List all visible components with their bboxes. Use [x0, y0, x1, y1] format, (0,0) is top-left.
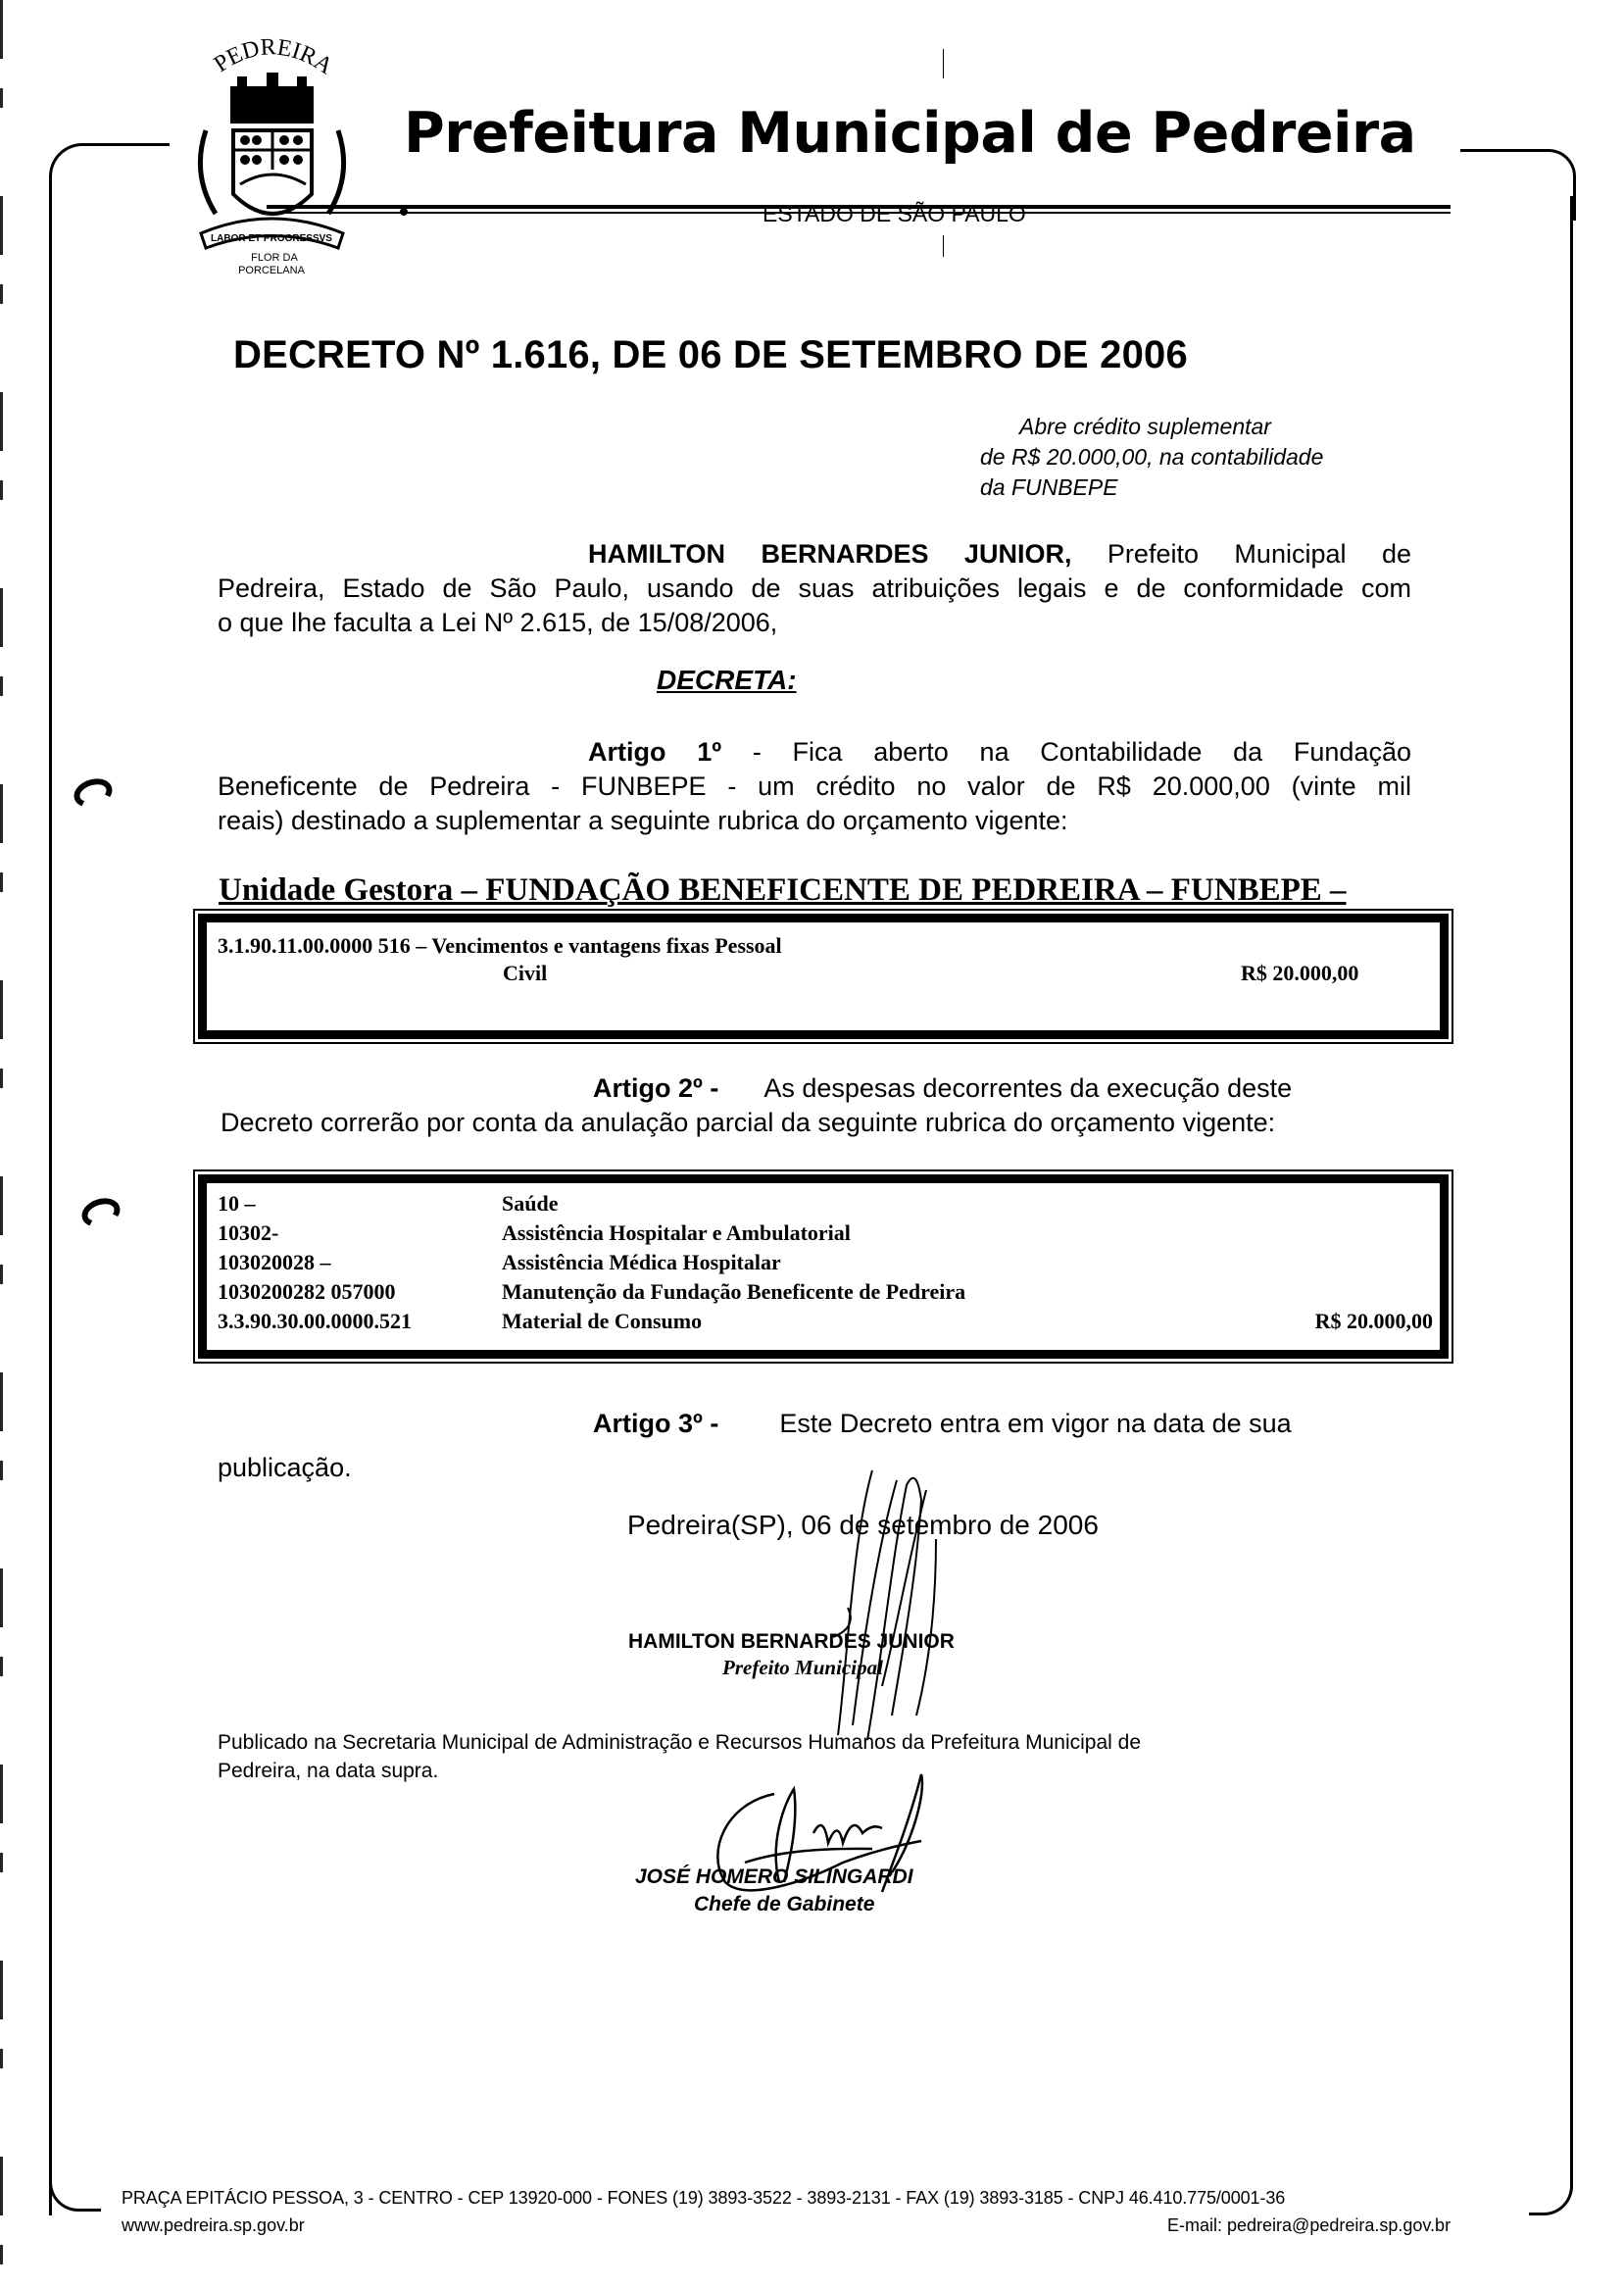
article-1-label: Artigo 1º	[588, 737, 721, 767]
punch-hole-mark-icon	[71, 774, 117, 813]
annulment-description: Assistência Hospitalar e Ambulatorial	[502, 1219, 1433, 1248]
article-3-label: Artigo 3º -	[593, 1409, 718, 1438]
preamble-paragraph: HAMILTON BERNARDES JUNIOR, Prefeito Muni…	[218, 537, 1411, 640]
decreta-heading: DECRETA:	[657, 665, 797, 696]
footer-email-link[interactable]: E-mail: pedreira@pedreira.sp.gov.br	[1167, 2215, 1451, 2236]
annulment-row: 10302-Assistência Hospitalar e Ambulator…	[218, 1219, 1433, 1248]
annulment-description: Saúde	[502, 1189, 1433, 1219]
annulment-row: 3.3.90.30.00.0000.521Material de Consumo…	[218, 1307, 1433, 1336]
article-text: Este Decreto entra em vigor na data de s…	[779, 1409, 1291, 1438]
publication-note-line: Publicado na Secretaria Municipal de Adm…	[218, 1728, 1141, 1757]
footer-website-link[interactable]: www.pedreira.sp.gov.br	[122, 2215, 305, 2236]
annulment-description: Manutenção da Fundação Beneficente de Pe…	[502, 1277, 1433, 1307]
city-crest-icon: PEDREIRA LABOR ET PROGRESSVS FLOR DA POR…	[186, 37, 358, 277]
annulment-amount: R$ 20.000,00	[1315, 1307, 1433, 1336]
preamble-text: o que lhe faculta a Lei Nº 2.615, de 15/…	[218, 606, 1411, 640]
summary-line: de R$ 20.000,00, na contabilidade	[980, 442, 1402, 473]
annulment-row: 10 –Saúde	[218, 1189, 1433, 1219]
annulment-row: 1030200282 057000Manutenção da Fundação …	[218, 1277, 1433, 1307]
article-text: reais) destinado a suplementar a seguint…	[218, 804, 1411, 838]
fold-mark	[943, 235, 944, 257]
page-frame-left	[49, 196, 52, 2215]
annulment-code: 10302-	[218, 1219, 502, 1248]
punch-hole-mark-icon	[78, 1194, 124, 1232]
annulment-description: Assistência Médica Hospitalar	[502, 1248, 1433, 1277]
summary-line: da FUNBEPE	[980, 473, 1402, 503]
chief-role: Chefe de Gabinete	[694, 1893, 874, 1916]
preamble-text: Pedreira, Estado de São Paulo, usando de…	[218, 572, 1411, 606]
page-frame-bottom-right-corner	[1529, 2137, 1573, 2215]
crest-motto: LABOR ET PROGRESSVS	[211, 233, 332, 244]
credit-account-line: Civil	[503, 959, 547, 988]
footer-address: PRAÇA EPITÁCIO PESSOA, 3 - CENTRO - CEP …	[122, 2188, 1285, 2209]
annulment-row: 103020028 –Assistência Médica Hospitalar	[218, 1248, 1433, 1277]
article-2: Artigo 2º -As despesas decorrentes da ex…	[218, 1071, 1411, 1140]
article-1: Artigo 1º - Fica aberto na Contabilidade…	[218, 735, 1411, 838]
scan-edge-artifact	[0, 0, 3, 2288]
article-text: As despesas decorrentes da execução dest…	[763, 1073, 1292, 1103]
annulment-description: Material de Consumo	[502, 1307, 1315, 1336]
annulment-code: 1030200282 057000	[218, 1277, 502, 1307]
summary-line: Abre crédito suplementar	[980, 412, 1402, 442]
unidade-gestora-heading: Unidade Gestora – FUNDAÇÃO BENEFICENTE D…	[219, 872, 1347, 909]
article-2-label: Artigo 2º -	[593, 1073, 718, 1103]
page-frame-right	[1570, 196, 1573, 2147]
header-rule-ornament	[400, 208, 408, 216]
article-text: - Fica aberto na Contabilidade da Fundaç…	[753, 737, 1411, 767]
credit-account-line: 3.1.90.11.00.0000 516 – Vencimentos e va…	[218, 931, 782, 961]
annulment-code: 10 –	[218, 1189, 502, 1219]
mayor-role: Prefeito Municipal	[722, 1656, 883, 1680]
page-frame-top-left-corner	[49, 143, 170, 224]
article-text: Beneficente de Pedreira - FUNBEPE - um c…	[218, 770, 1411, 804]
crest-caption-1: FLOR DA	[251, 252, 298, 264]
mayor-signature-icon	[809, 1461, 975, 1745]
annulment-code: 103020028 –	[218, 1248, 502, 1277]
fold-mark	[943, 49, 944, 78]
annulment-code: 3.3.90.30.00.0000.521	[218, 1307, 502, 1336]
preamble-text: Prefeito Municipal de	[1107, 539, 1411, 569]
decree-title: DECRETO Nº 1.616, DE 06 DE SETEMBRO DE 2…	[233, 333, 1188, 377]
article-text: Decreto correrão por conta da anulação p…	[221, 1106, 1411, 1140]
decree-summary: Abre crédito suplementar de R$ 20.000,00…	[980, 412, 1402, 503]
page-frame-bottom-left-corner	[49, 2157, 101, 2212]
credit-amount: R$ 20.000,00	[1241, 959, 1358, 988]
page-frame-top-right-corner	[1460, 149, 1576, 221]
state-subtitle: ESTADO DE SÃO PAULO	[763, 203, 1026, 225]
chief-name: JOSÉ HOMERO SILINGARDI	[635, 1865, 913, 1889]
crest-caption-2: PORCELANA	[238, 265, 306, 276]
organization-title: Prefeitura Municipal de Pedreira	[404, 106, 1416, 162]
mayor-name-inline: HAMILTON BERNARDES JUNIOR,	[588, 539, 1071, 569]
mayor-name: HAMILTON BERNARDES JUNIOR	[628, 1630, 955, 1654]
